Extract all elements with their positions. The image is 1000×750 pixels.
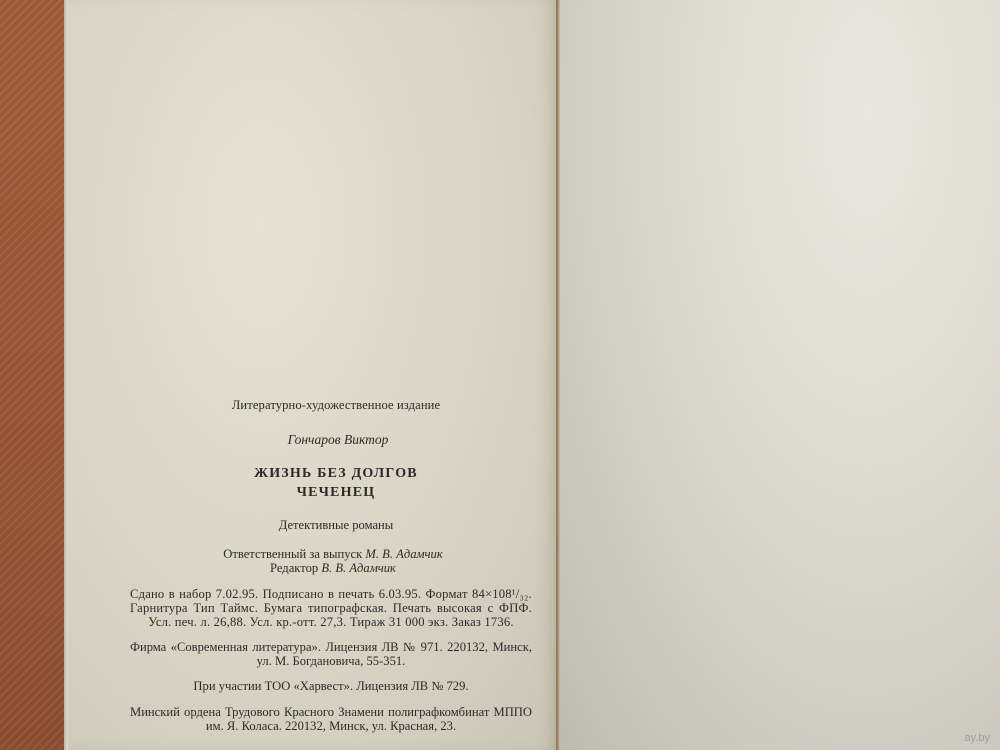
title-1: ЖИЗНЬ БЕЗ ДОЛГОВ: [140, 464, 532, 483]
responsible-label: Ответственный за выпуск: [223, 547, 362, 561]
publisher-info: Фирма «Современная литература». Лицензия…: [130, 640, 532, 668]
right-page-blank: [560, 0, 1000, 750]
colophon: Литературно-художественное издание Гонча…: [130, 398, 532, 733]
responsible-name: М. В. Адамчик: [365, 547, 442, 561]
editor-name: В. В. Адамчик: [321, 561, 396, 575]
edition-type: Литературно-художественное издание: [140, 398, 532, 413]
author-name: Гончаров Виктор: [144, 432, 532, 447]
genre: Детективные романы: [140, 518, 532, 533]
print-info: Сдано в набор 7.02.95. Подписано в печат…: [130, 587, 532, 629]
watermark: ay.by: [965, 732, 990, 744]
responsible-line: Ответственный за выпуск М. В. Адамчик: [134, 547, 532, 561]
book-titles: ЖИЗНЬ БЕЗ ДОЛГОВ ЧЕЧЕНЕЦ: [140, 464, 532, 502]
editor-line: Редактор В. В. Адамчик: [134, 561, 532, 575]
editor-label: Редактор: [270, 561, 318, 575]
title-2: ЧЕЧЕНЕЦ: [140, 483, 532, 502]
partner-info: При участии ТОО «Харвест». Лицензия ЛВ №…: [130, 679, 532, 694]
credits: Ответственный за выпуск М. В. Адамчик Ре…: [134, 547, 532, 575]
printer-info: Минский ордена Трудового Красного Знамен…: [130, 705, 532, 733]
